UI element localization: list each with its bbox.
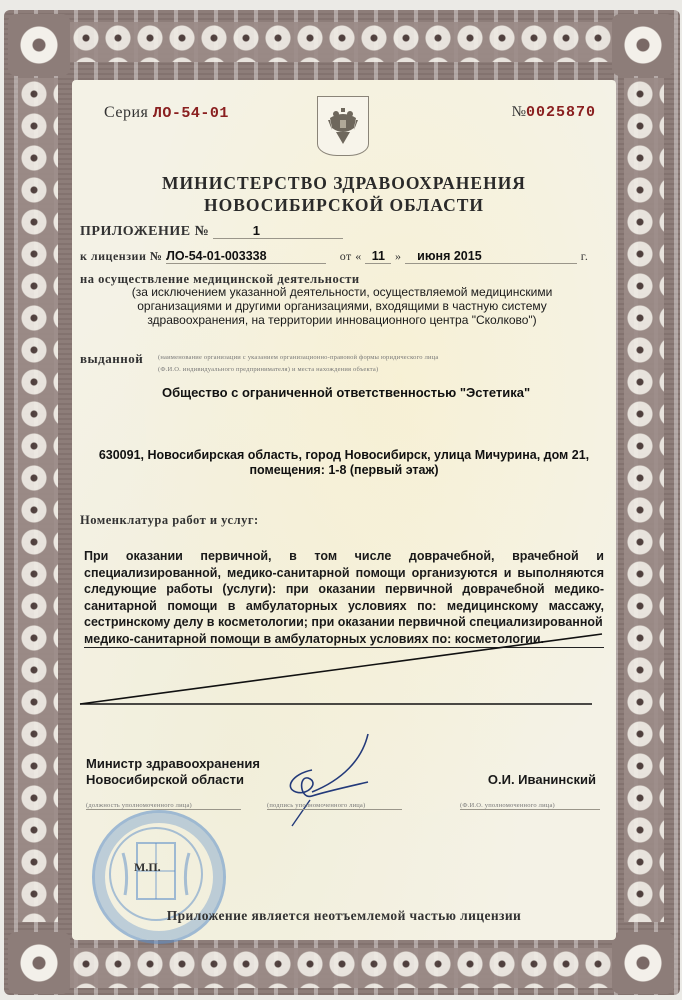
frame-border-bottom (70, 948, 612, 988)
exclusion-line: организациями и другими организациями, в… (112, 299, 572, 313)
title-line-1: МИНИСТЕРСТВО ЗДРАВООХРАНЕНИЯ (72, 172, 616, 194)
services-text: При оказании первичной, в том числе довр… (84, 549, 604, 629)
name-caption: (Ф.И.О. уполномоченного лица) (460, 802, 600, 810)
appendix-value: 1 (213, 223, 343, 239)
russian-coat-of-arms-icon (317, 96, 369, 156)
license-number: ЛО-54-01-003338 (166, 249, 326, 264)
issued-to-label: выданной (80, 351, 143, 367)
date-from-label: от « (340, 249, 362, 263)
frame-corner-ornament (612, 14, 674, 76)
organization-address: 630091, Новосибирская область, город Нов… (72, 448, 616, 478)
caption-line: (наименование организации с указанием ор… (158, 352, 438, 364)
caption-line: (Ф.И.О. индивидуального предпринимателя)… (158, 364, 438, 376)
license-label: к лицензии № (80, 249, 162, 263)
issued-to-caption: (наименование организации с указанием ор… (158, 352, 438, 376)
license-appendix-document: Серия ЛО-54-01 №0025870 МИНИСТЕРСТВО ЗДР… (72, 80, 616, 940)
frame-border-right (624, 78, 664, 922)
signatory-position: Министр здравоохранения Новосибирской об… (86, 756, 260, 788)
license-month-year: июня 2015 (405, 249, 577, 264)
address-line: помещения: 1-8 (первый этаж) (72, 463, 616, 478)
series-code: ЛО-54-01 (153, 105, 229, 122)
handwritten-signature (272, 730, 392, 840)
position-line: Министр здравоохранения (86, 756, 260, 772)
series-field: Серия ЛО-54-01 (104, 104, 229, 122)
frame-corner-ornament (8, 932, 70, 994)
blank-space-strikeout (72, 628, 616, 708)
position-caption: (должность уполномоченного лица) (86, 802, 241, 810)
series-label: Серия (104, 104, 148, 121)
appendix-row: ПРИЛОЖЕНИЕ № 1 (80, 223, 343, 240)
exclusion-line: (за исключением указанной деятельности, … (112, 285, 572, 299)
activity-exclusion: (за исключением указанной деятельности, … (112, 285, 572, 327)
frame-corner-ornament (612, 932, 674, 994)
number-label: № (512, 104, 526, 120)
footer-note: Приложение является неотъемлемой частью … (72, 908, 616, 924)
signatory-name: О.И. Иванинский (488, 772, 596, 788)
position-line: Новосибирской области (86, 772, 260, 788)
appendix-label: ПРИЛОЖЕНИЕ № (80, 224, 209, 239)
stamp-place-label: М.П. (134, 860, 161, 875)
exclusion-line: здравоохранения, на территории инновацио… (112, 313, 572, 327)
year-suffix: г. (581, 249, 589, 263)
issuing-authority-title: МИНИСТЕРСТВО ЗДРАВООХРАНЕНИЯ НОВОСИБИРСК… (72, 172, 616, 216)
number-value: 0025870 (526, 104, 596, 121)
date-close-quote: » (395, 249, 402, 263)
double-headed-eagle-icon (326, 106, 360, 146)
license-row: к лицензии № ЛО-54-01-003338 от « 11 » и… (80, 248, 608, 264)
services-label: Номенклатура работ и услуг: (80, 513, 259, 528)
signature-caption: (подпись уполномоченного лица) (267, 802, 402, 810)
title-line-2: НОВОСИБИРСКОЙ ОБЛАСТИ (72, 194, 616, 216)
frame-border-left (18, 78, 58, 922)
license-day: 11 (365, 249, 391, 264)
frame-border-top (70, 22, 612, 62)
organization-name: Общество с ограниченной ответственностью… (162, 385, 530, 400)
form-number: №0025870 (512, 104, 596, 121)
address-line: 630091, Новосибирская область, город Нов… (72, 448, 616, 463)
frame-corner-ornament (8, 14, 70, 76)
